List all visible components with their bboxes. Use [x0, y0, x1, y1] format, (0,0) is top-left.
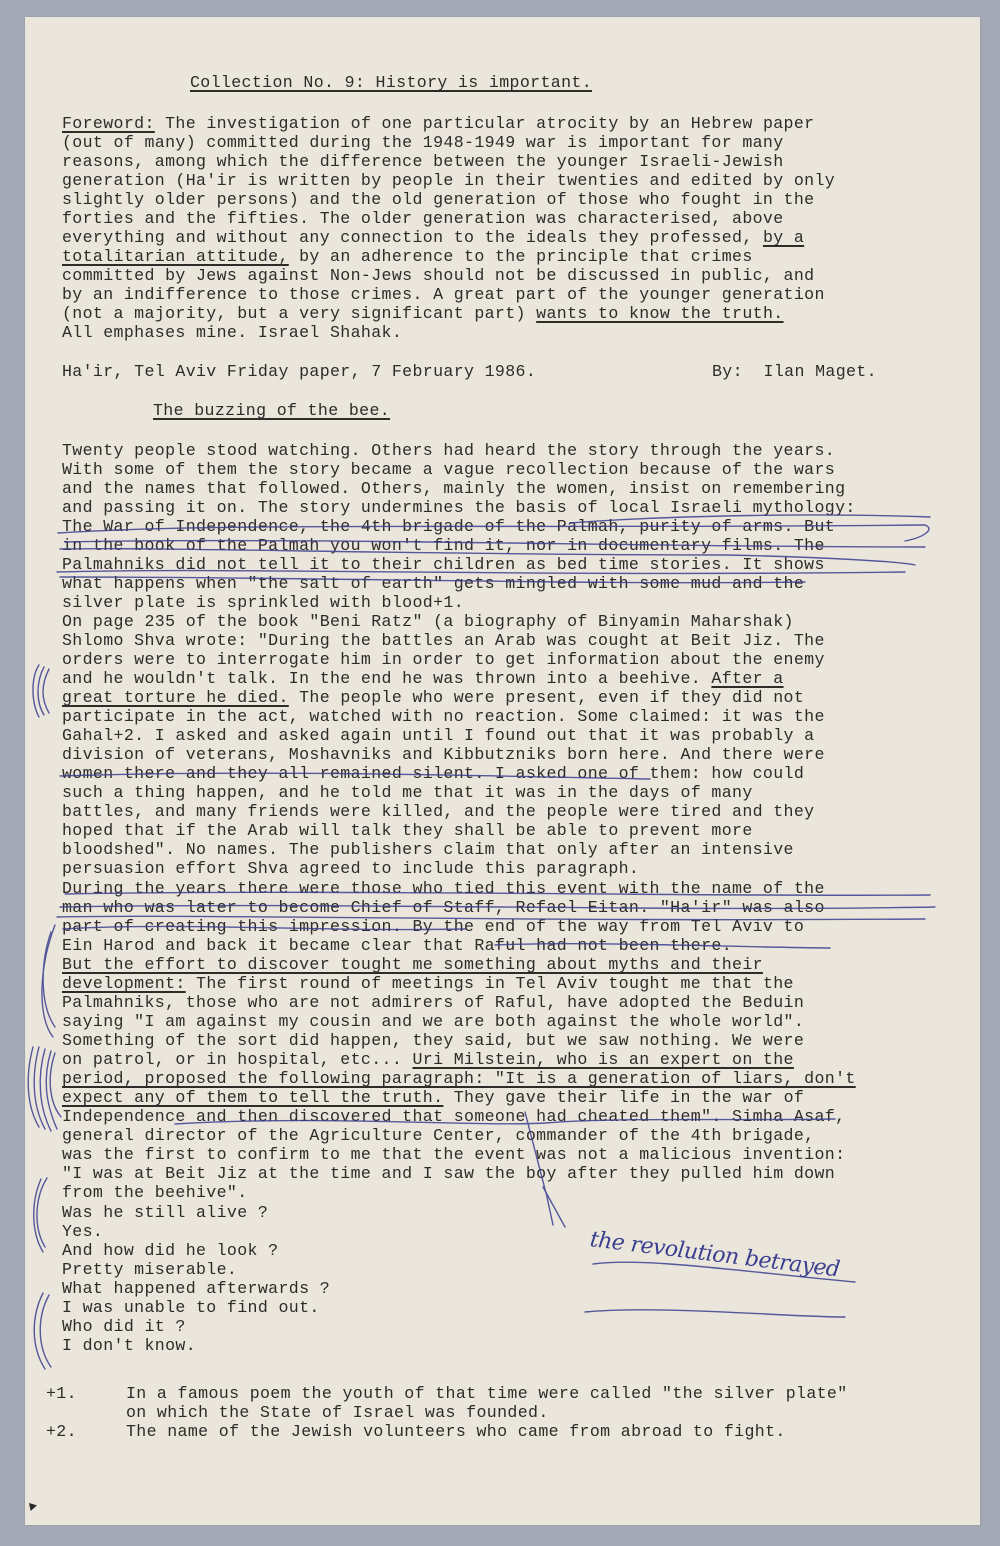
- body-line: man who was later to become Chief of Sta…: [62, 898, 825, 917]
- body-line: and the names that followed. Others, mai…: [62, 479, 845, 498]
- body-line: Twenty people stood watching. Others had…: [62, 441, 835, 460]
- body-line: development: The first round of meetings…: [62, 974, 794, 993]
- footnote-1-line-1: In a famous poem the youth of that time …: [126, 1384, 848, 1403]
- body-line: bloodshed". No names. The publishers cla…: [62, 840, 794, 859]
- body-line: orders were to interrogate him in order …: [62, 650, 825, 669]
- body-line: women there and they all remained silent…: [62, 764, 804, 783]
- body-line: participate in the act, watched with no …: [62, 707, 825, 726]
- body-line: from the beehive".: [62, 1183, 248, 1202]
- foreword-line-6: forties and the fifties. The older gener…: [62, 209, 784, 228]
- footnote-marker-1: +1.: [46, 1384, 77, 1403]
- body-line: hoped that if the Arab will talk they sh…: [62, 821, 753, 840]
- body-line: "I was at Beit Jiz at the time and I saw…: [62, 1164, 835, 1183]
- footnote-marker-2: +2.: [46, 1422, 77, 1441]
- article-title: The buzzing of the bee.: [153, 401, 390, 420]
- body-line: On page 235 of the book "Beni Ratz" (a b…: [62, 612, 794, 631]
- body-line: Ein Harod and back it became clear that …: [62, 936, 732, 955]
- body-line: silver plate is sprinkled with blood+1.: [62, 593, 464, 612]
- dialogue-line: Was he still alive ?: [62, 1203, 268, 1222]
- source-line: Ha'ir, Tel Aviv Friday paper, 7 February…: [62, 362, 536, 381]
- body-line: During the years there were those who ti…: [62, 879, 825, 898]
- body-line: persuasion effort Shva agreed to include…: [62, 859, 639, 878]
- dialogue-line: I don't know.: [62, 1336, 196, 1355]
- body-line: saying "I am against my cousin and we ar…: [62, 1012, 804, 1031]
- body-line: Gahal+2. I asked and asked again until I…: [62, 726, 814, 745]
- footnote-1-line-2: on which the State of Israel was founded…: [126, 1403, 549, 1422]
- body-line: Something of the sort did happen, they s…: [62, 1031, 804, 1050]
- body-line: But the effort to discover tought me som…: [62, 955, 763, 974]
- body-line: Shlomo Shva wrote: "During the battles a…: [62, 631, 825, 650]
- foreword-line-10: by an indifference to those crimes. A gr…: [62, 285, 825, 304]
- stray-mark: [29, 1503, 37, 1511]
- body-line: and passing it on. The story undermines …: [62, 498, 856, 517]
- body-line: general director of the Agriculture Cent…: [62, 1126, 814, 1145]
- body-line: Palmahniks, those who are not admirers o…: [62, 993, 804, 1012]
- handwritten-note: the revolution betrayed: [588, 1227, 841, 1282]
- body-line: battles, and many friends were killed, a…: [62, 802, 814, 821]
- foreword-line-2: (out of many) committed during the 1948-…: [62, 133, 784, 152]
- body-line: on patrol, or in hospital, etc... Uri Mi…: [62, 1050, 794, 1069]
- body-line: was the first to confirm to me that the …: [62, 1145, 845, 1164]
- body-line: Palmahniks did not tell it to their chil…: [62, 555, 825, 574]
- foreword-line-3: reasons, among which the difference betw…: [62, 152, 784, 171]
- body-line: division of veterans, Moshavniks and Kib…: [62, 745, 825, 764]
- foreword-label: Foreword:: [62, 114, 155, 133]
- foreword-line-5: slightly older persons) and the old gene…: [62, 190, 814, 209]
- foreword-line-11: (not a majority, but a very significant …: [62, 304, 784, 323]
- foreword-signature: All emphases mine. Israel Shahak.: [62, 323, 402, 342]
- body-line: period, proposed the following paragraph…: [62, 1069, 856, 1088]
- foreword-line-4: generation (Ha'ir is written by people i…: [62, 171, 835, 190]
- body-line: With some of them the story became a vag…: [62, 460, 835, 479]
- footnote-2-line-1: The name of the Jewish volunteers who ca…: [126, 1422, 786, 1441]
- body-line: Independence and then discovered that so…: [62, 1107, 845, 1126]
- body-line: expect any of them to tell the truth. Th…: [62, 1088, 804, 1107]
- dialogue-line: Pretty miserable.: [62, 1260, 237, 1279]
- byline: By: Ilan Maget.: [712, 362, 877, 381]
- dialogue-line: What happened afterwards ?: [62, 1279, 330, 1298]
- body-line: in the book of the Palmah you won't find…: [62, 536, 825, 555]
- body-line: such a thing happen, and he told me that…: [62, 783, 753, 802]
- foreword-line-7: everything and without any connection to…: [62, 228, 804, 247]
- foreword-line-9: committed by Jews against Non-Jews shoul…: [62, 266, 814, 285]
- body-line: The War of Independence, the 4th brigade…: [62, 517, 835, 536]
- document-page: Collection No. 9: History is important. …: [25, 17, 980, 1525]
- dialogue-line: And how did he look ?: [62, 1241, 278, 1260]
- body-line: what happens when "the salt of earth" ge…: [62, 574, 804, 593]
- dialogue-line: Who did it ?: [62, 1317, 186, 1336]
- dialogue-line: I was unable to find out.: [62, 1298, 320, 1317]
- foreword-line-1: Foreword: The investigation of one parti…: [62, 114, 814, 133]
- foreword-line-8: totalitarian attitude, by an adherence t…: [62, 247, 753, 266]
- dialogue-line: Yes.: [62, 1222, 103, 1241]
- collection-title: Collection No. 9: History is important.: [190, 73, 592, 92]
- body-line: and he wouldn't talk. In the end he was …: [62, 669, 784, 688]
- body-line: great torture he died. The people who we…: [62, 688, 804, 707]
- body-line: part of creating this impression. By the…: [62, 917, 804, 936]
